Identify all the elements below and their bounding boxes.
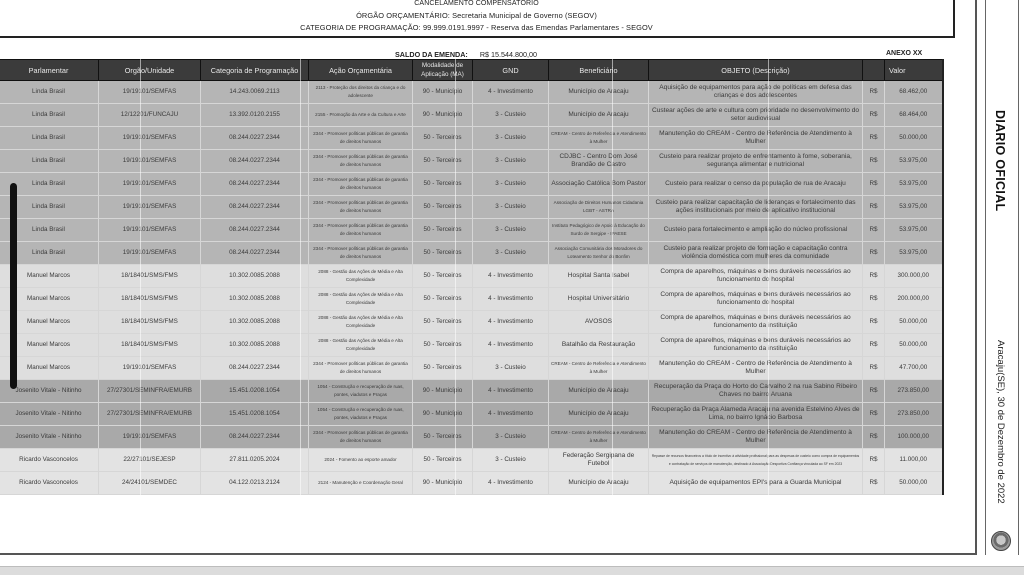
cell-parlamentar: Ricardo Vasconcelos xyxy=(0,449,99,472)
cell-acao: 2155 - Promoção da Arte e da Cultura e A… xyxy=(309,104,413,127)
cell-valor: 68.462,00 xyxy=(885,81,943,104)
cell-gnd: 3 - Custeio xyxy=(473,242,549,265)
cell-orgao: 19/19101/SEMFAS xyxy=(99,150,201,173)
cell-modalidade: 90 - Município xyxy=(413,403,473,426)
cell-orgao: 19/19101/SEMFAS xyxy=(99,426,201,449)
saldo-value: R$ 15.544.800,00 xyxy=(480,50,537,59)
cell-acao: 2344 - Promover políticas públicas de ga… xyxy=(309,127,413,150)
table-row: Ricardo Vasconcelos22/27101/SEJESP27.811… xyxy=(0,449,943,472)
header-orgao: ÓRGÃO ORÇAMENTÁRIO: Secretaria Municipal… xyxy=(0,10,953,22)
cell-valor: 200.000,00 xyxy=(885,288,943,311)
cell-modalidade: 50 - Terceiros xyxy=(413,288,473,311)
cell-modalidade: 50 - Terceiros xyxy=(413,357,473,380)
cell-orgao: 18/18401/SMS/FMS xyxy=(99,265,201,288)
cell-modalidade: 50 - Terceiros xyxy=(413,449,473,472)
col-orgao: Orgão/Unidade xyxy=(99,60,201,81)
cell-moeda: R$ xyxy=(863,403,885,426)
table-row: Linda Brasil19/19101/SEMFAS08.244.0227.2… xyxy=(0,196,943,219)
cell-beneficiario: Município de Aracaju xyxy=(549,81,649,104)
cell-categoria: 08.244.0227.2344 xyxy=(201,173,309,196)
cell-valor: 53.975,00 xyxy=(885,173,943,196)
cell-categoria: 15.451.0208.1054 xyxy=(201,380,309,403)
cell-moeda: R$ xyxy=(863,150,885,173)
cell-valor: 11.000,00 xyxy=(885,449,943,472)
cell-categoria: 27.811.0205.2024 xyxy=(201,449,309,472)
cell-gnd: 3 - Custeio xyxy=(473,173,549,196)
cell-parlamentar: Linda Brasil xyxy=(0,127,99,150)
cell-parlamentar: Josenito Vitale - Nitinho xyxy=(0,426,99,449)
col-acao: Ação Orçamentária xyxy=(309,60,413,81)
cell-moeda: R$ xyxy=(863,173,885,196)
cell-modalidade: 50 - Terceiros xyxy=(413,426,473,449)
cell-gnd: 3 - Custeio xyxy=(473,219,549,242)
cell-gnd: 3 - Custeio xyxy=(473,426,549,449)
cell-orgao: 18/18401/SMS/FMS xyxy=(99,311,201,334)
cell-modalidade: 50 - Terceiros xyxy=(413,173,473,196)
cell-objeto: Compra de aparelhos, máquinas e bens dur… xyxy=(649,265,863,288)
cell-acao: 2124 - Manutenção e Coordenação Geral xyxy=(309,472,413,495)
cell-orgao: 19/19101/SEMFAS xyxy=(99,357,201,380)
cell-gnd: 3 - Custeio xyxy=(473,357,549,380)
gazette-title: DIARIO OFICIAL xyxy=(993,110,1007,211)
cell-acao: 2344 - Promover políticas públicas de ga… xyxy=(309,242,413,265)
cell-beneficiario: Hospital Universitário xyxy=(549,288,649,311)
cell-moeda: R$ xyxy=(863,380,885,403)
cell-gnd: 4 - Investimento xyxy=(473,472,549,495)
cell-objeto: Manutenção do CREAM - Centro de Referênc… xyxy=(649,357,863,380)
emendas-table: Parlamentar Orgão/Unidade Categoria de P… xyxy=(0,59,944,495)
col-modalidade: Modalidade de Aplicação (MA) xyxy=(413,60,473,81)
cell-beneficiario: Batalhão da Restauração xyxy=(549,334,649,357)
cell-parlamentar: Linda Brasil xyxy=(0,150,99,173)
table-row: Linda Brasil19/19101/SEMFAS08.244.0227.2… xyxy=(0,242,943,265)
table-row: Manuel Marcos18/18401/SMS/FMS10.302.0085… xyxy=(0,288,943,311)
cell-objeto: Compra de aparelhos, máquinas e bens dur… xyxy=(649,311,863,334)
cell-moeda: R$ xyxy=(863,127,885,150)
col-gnd: GND xyxy=(473,60,549,81)
table-row: Josenito Vitale - Nitinho19/19101/SEMFAS… xyxy=(0,426,943,449)
cell-orgao: 19/19101/SEMFAS xyxy=(99,127,201,150)
cell-moeda: R$ xyxy=(863,472,885,495)
cell-beneficiario: Federação Sergipana de Futebol xyxy=(549,449,649,472)
cell-acao: 2113 - Proteção dos direitos da criança … xyxy=(309,81,413,104)
cell-beneficiario: Hospital Santa Isabel xyxy=(549,265,649,288)
cell-moeda: R$ xyxy=(863,426,885,449)
table-header-row: Parlamentar Orgão/Unidade Categoria de P… xyxy=(0,60,943,81)
cell-beneficiario: Associação Católica Bom Pastor xyxy=(549,173,649,196)
cell-objeto: Custeio para realizar capacitação de lid… xyxy=(649,196,863,219)
saldo-emenda: SALDO DA EMENDA:R$ 15.544.800,00 xyxy=(395,50,537,59)
cell-valor: 100.000,00 xyxy=(885,426,943,449)
cell-orgao: 18/18401/SMS/FMS xyxy=(99,288,201,311)
cell-orgao: 24/24101/SEMDEC xyxy=(99,472,201,495)
cell-categoria: 10.302.0085.2088 xyxy=(201,311,309,334)
cell-beneficiario: Município de Aracaju xyxy=(549,104,649,127)
cell-modalidade: 90 - Município xyxy=(413,380,473,403)
cell-objeto: Manutenção do CREAM - Centro de Referênc… xyxy=(649,426,863,449)
cell-objeto: Manutenção do CREAM - Centro de Referênc… xyxy=(649,127,863,150)
cell-objeto: Repasse de recursos financeiros a título… xyxy=(649,449,863,472)
cell-categoria: 10.302.0085.2088 xyxy=(201,288,309,311)
header-categoria: CATEGORIA DE PROGRAMAÇÃO: 99.999.0191.99… xyxy=(0,22,953,34)
table-row: Ricardo Vasconcelos24/24101/SEMDEC04.122… xyxy=(0,472,943,495)
cell-beneficiario: Município de Aracaju xyxy=(549,472,649,495)
col-parlamentar: Parlamentar xyxy=(0,60,99,81)
cell-orgao: 18/18401/SMS/FMS xyxy=(99,334,201,357)
cell-moeda: R$ xyxy=(863,334,885,357)
cell-moeda: R$ xyxy=(863,288,885,311)
cell-parlamentar: Linda Brasil xyxy=(0,81,99,104)
cell-beneficiario: CDJBC - Centro Dom José Brandão de Castr… xyxy=(549,150,649,173)
cell-gnd: 3 - Custeio xyxy=(473,196,549,219)
cell-orgao: 27/27301/SEMINFRA/EMURB xyxy=(99,380,201,403)
cell-orgao: 19/19101/SEMFAS xyxy=(99,219,201,242)
cell-modalidade: 50 - Terceiros xyxy=(413,334,473,357)
cell-modalidade: 50 - Terceiros xyxy=(413,242,473,265)
cell-categoria: 15.451.0208.1054 xyxy=(201,403,309,426)
cell-beneficiario: Município de Aracaju xyxy=(549,403,649,426)
cell-orgao: 27/27301/SEMINFRA/EMURB xyxy=(99,403,201,426)
cell-acao: 2088 - Gestão das Ações de Média e Alta … xyxy=(309,265,413,288)
cell-valor: 53.975,00 xyxy=(885,196,943,219)
table-row: Manuel Marcos18/18401/SMS/FMS10.302.0085… xyxy=(0,311,943,334)
cell-categoria: 10.302.0085.2088 xyxy=(201,334,309,357)
cell-acao: 2024 - Fomento ao esporte amador xyxy=(309,449,413,472)
cell-acao: 2088 - Gestão das Ações de Média e Alta … xyxy=(309,311,413,334)
col-moeda xyxy=(863,60,885,81)
anexo-label: ANEXO XX xyxy=(886,50,922,57)
cell-gnd: 4 - Investimento xyxy=(473,288,549,311)
cell-categoria: 08.244.0227.2344 xyxy=(201,357,309,380)
table-row: Manuel Marcos19/19101/SEMFAS08.244.0227.… xyxy=(0,357,943,380)
cell-objeto: Compra de aparelhos, máquinas e bens dur… xyxy=(649,288,863,311)
col-beneficiario: Beneficiário xyxy=(549,60,649,81)
cell-valor: 53.975,00 xyxy=(885,219,943,242)
cell-orgao: 19/19101/SEMFAS xyxy=(99,173,201,196)
cell-acao: 2344 - Promover políticas públicas de ga… xyxy=(309,173,413,196)
col-objeto: OBJETO (Descrição) xyxy=(649,60,863,81)
cell-beneficiario: Associação de Direitos Humanos Cidadania… xyxy=(549,196,649,219)
margin-marker xyxy=(10,183,17,389)
cell-gnd: 4 - Investimento xyxy=(473,265,549,288)
cell-gnd: 4 - Investimento xyxy=(473,403,549,426)
col-valor: Valor xyxy=(885,60,943,81)
cell-categoria: 08.244.0227.2344 xyxy=(201,196,309,219)
cell-valor: 53.975,00 xyxy=(885,150,943,173)
cell-objeto: Custear ações de arte e cultura com prio… xyxy=(649,104,863,127)
city-seal-icon xyxy=(991,531,1011,551)
cell-beneficiario: Associação Comunitária dos Moradores do … xyxy=(549,242,649,265)
cell-acao: 1054 - Construção e recuperação de ruas,… xyxy=(309,403,413,426)
table-row: Josenito Vitale - Nitinho27/27301/SEMINF… xyxy=(0,380,943,403)
table-row: Linda Brasil19/19101/SEMFAS14.243.0069.2… xyxy=(0,81,943,104)
cell-moeda: R$ xyxy=(863,311,885,334)
cell-categoria: 08.244.0227.2344 xyxy=(201,426,309,449)
cell-valor: 47.700,00 xyxy=(885,357,943,380)
cell-gnd: 4 - Investimento xyxy=(473,334,549,357)
cell-orgao: 19/19101/SEMFAS xyxy=(99,81,201,104)
cell-gnd: 3 - Custeio xyxy=(473,104,549,127)
cell-moeda: R$ xyxy=(863,104,885,127)
cell-beneficiario: Instituto Pedagógico de Apoio à Educação… xyxy=(549,219,649,242)
cell-valor: 273.850,00 xyxy=(885,380,943,403)
cell-modalidade: 50 - Terceiros xyxy=(413,127,473,150)
cell-moeda: R$ xyxy=(863,196,885,219)
cell-modalidade: 50 - Terceiros xyxy=(413,219,473,242)
cell-categoria: 13.392.0120.2155 xyxy=(201,104,309,127)
cell-modalidade: 50 - Terceiros xyxy=(413,150,473,173)
cell-moeda: R$ xyxy=(863,81,885,104)
document-header: CANCELAMENTO COMPENSATÓRIO ÓRGÃO ORÇAMEN… xyxy=(0,0,955,38)
cell-objeto: Aquisição de equipamentos para ação de p… xyxy=(649,81,863,104)
cell-orgao: 19/19101/SEMFAS xyxy=(99,196,201,219)
cell-valor: 53.975,00 xyxy=(885,242,943,265)
cell-modalidade: 90 - Município xyxy=(413,104,473,127)
cell-categoria: 08.244.0227.2344 xyxy=(201,150,309,173)
cell-categoria: 08.244.0227.2344 xyxy=(201,242,309,265)
saldo-label: SALDO DA EMENDA: xyxy=(395,50,468,59)
cell-valor: 273.850,00 xyxy=(885,403,943,426)
cell-gnd: 4 - Investimento xyxy=(473,81,549,104)
cell-categoria: 14.243.0069.2113 xyxy=(201,81,309,104)
cell-gnd: 3 - Custeio xyxy=(473,150,549,173)
cell-parlamentar: Josenito Vitale - Nitinho xyxy=(0,403,99,426)
cell-moeda: R$ xyxy=(863,449,885,472)
cell-valor: 50.000,00 xyxy=(885,472,943,495)
cell-valor: 300.000,00 xyxy=(885,265,943,288)
table-row: Manuel Marcos18/18401/SMS/FMS10.302.0085… xyxy=(0,265,943,288)
cell-acao: 2344 - Promover políticas públicas de ga… xyxy=(309,196,413,219)
cell-acao: 2344 - Promover políticas públicas de ga… xyxy=(309,357,413,380)
cell-beneficiario: CREAM - Centro de Referência e Atendimen… xyxy=(549,426,649,449)
cell-modalidade: 50 - Terceiros xyxy=(413,311,473,334)
cell-beneficiario: AVOSOS xyxy=(549,311,649,334)
table-row: Linda Brasil12/12201/FUNCAJU13.392.0120.… xyxy=(0,104,943,127)
cell-acao: 1054 - Construção e recuperação de ruas,… xyxy=(309,380,413,403)
cell-acao: 2088 - Gestão das Ações de Média e Alta … xyxy=(309,334,413,357)
cell-objeto: Recuperação da Praça Alameda Aracaju na … xyxy=(649,403,863,426)
cell-objeto: Custeio para realizar projeto de enfrent… xyxy=(649,150,863,173)
cell-objeto: Custeio para realizar o censo da populaç… xyxy=(649,173,863,196)
cell-objeto: Custeio para realizar projeto de formaçã… xyxy=(649,242,863,265)
cell-acao: 2344 - Promover políticas públicas de ga… xyxy=(309,150,413,173)
cell-objeto: Recuperação da Praça do Horto do Carvalh… xyxy=(649,380,863,403)
cell-valor: 50.000,00 xyxy=(885,127,943,150)
cell-beneficiario: Município de Aracaju xyxy=(549,380,649,403)
cell-orgao: 22/27101/SEJESP xyxy=(99,449,201,472)
cell-modalidade: 50 - Terceiros xyxy=(413,265,473,288)
cell-objeto: Custeio para fortalecimento e ampliação … xyxy=(649,219,863,242)
cell-parlamentar: Ricardo Vasconcelos xyxy=(0,472,99,495)
cell-gnd: 4 - Investimento xyxy=(473,311,549,334)
cell-beneficiario: CREAM - Centro de Referência e Atendimen… xyxy=(549,127,649,150)
cell-valor: 50.000,00 xyxy=(885,334,943,357)
cell-beneficiario: CREAM - Centro de Referência e Atendimen… xyxy=(549,357,649,380)
table-row: Manuel Marcos18/18401/SMS/FMS10.302.0085… xyxy=(0,334,943,357)
cell-categoria: 08.244.0227.2344 xyxy=(201,127,309,150)
viewer-bottom-bar xyxy=(0,566,1024,575)
table-row: Josenito Vitale - Nitinho27/27301/SEMINF… xyxy=(0,403,943,426)
cell-categoria: 10.302.0085.2088 xyxy=(201,265,309,288)
cell-acao: 2344 - Promover políticas públicas de ga… xyxy=(309,219,413,242)
table-row: Linda Brasil19/19101/SEMFAS08.244.0227.2… xyxy=(0,150,943,173)
cell-moeda: R$ xyxy=(863,219,885,242)
cell-valor: 50.000,00 xyxy=(885,311,943,334)
cell-moeda: R$ xyxy=(863,265,885,288)
table-row: Linda Brasil19/19101/SEMFAS08.244.0227.2… xyxy=(0,219,943,242)
cell-moeda: R$ xyxy=(863,357,885,380)
cell-categoria: 04.122.0213.2124 xyxy=(201,472,309,495)
col-categoria: Categoria de Programação xyxy=(201,60,309,81)
cell-modalidade: 90 - Município xyxy=(413,472,473,495)
cell-acao: 2088 - Gestão das Ações de Média e Alta … xyxy=(309,288,413,311)
header-title: CANCELAMENTO COMPENSATÓRIO xyxy=(0,0,953,10)
table-row: Linda Brasil19/19101/SEMFAS08.244.0227.2… xyxy=(0,127,943,150)
cell-gnd: 3 - Custeio xyxy=(473,449,549,472)
cell-gnd: 3 - Custeio xyxy=(473,127,549,150)
cell-categoria: 08.244.0227.2344 xyxy=(201,219,309,242)
cell-gnd: 4 - Investimento xyxy=(473,380,549,403)
cell-acao: 2344 - Promover políticas públicas de ga… xyxy=(309,426,413,449)
cell-parlamentar: Linda Brasil xyxy=(0,104,99,127)
cell-objeto: Compra de aparelhos, máquinas e bens dur… xyxy=(649,334,863,357)
cell-modalidade: 90 - Município xyxy=(413,81,473,104)
cell-moeda: R$ xyxy=(863,242,885,265)
table-row: Linda Brasil19/19101/SEMFAS08.244.0227.2… xyxy=(0,173,943,196)
cell-orgao: 12/12201/FUNCAJU xyxy=(99,104,201,127)
gazette-date: Aracaju(SE), 30 de Dezembro de 2022 xyxy=(995,340,1006,504)
cell-valor: 68.464,00 xyxy=(885,104,943,127)
cell-objeto: Aquisição de equipamentos EPI's para a G… xyxy=(649,472,863,495)
cell-orgao: 19/19101/SEMFAS xyxy=(99,242,201,265)
cell-modalidade: 50 - Terceiros xyxy=(413,196,473,219)
